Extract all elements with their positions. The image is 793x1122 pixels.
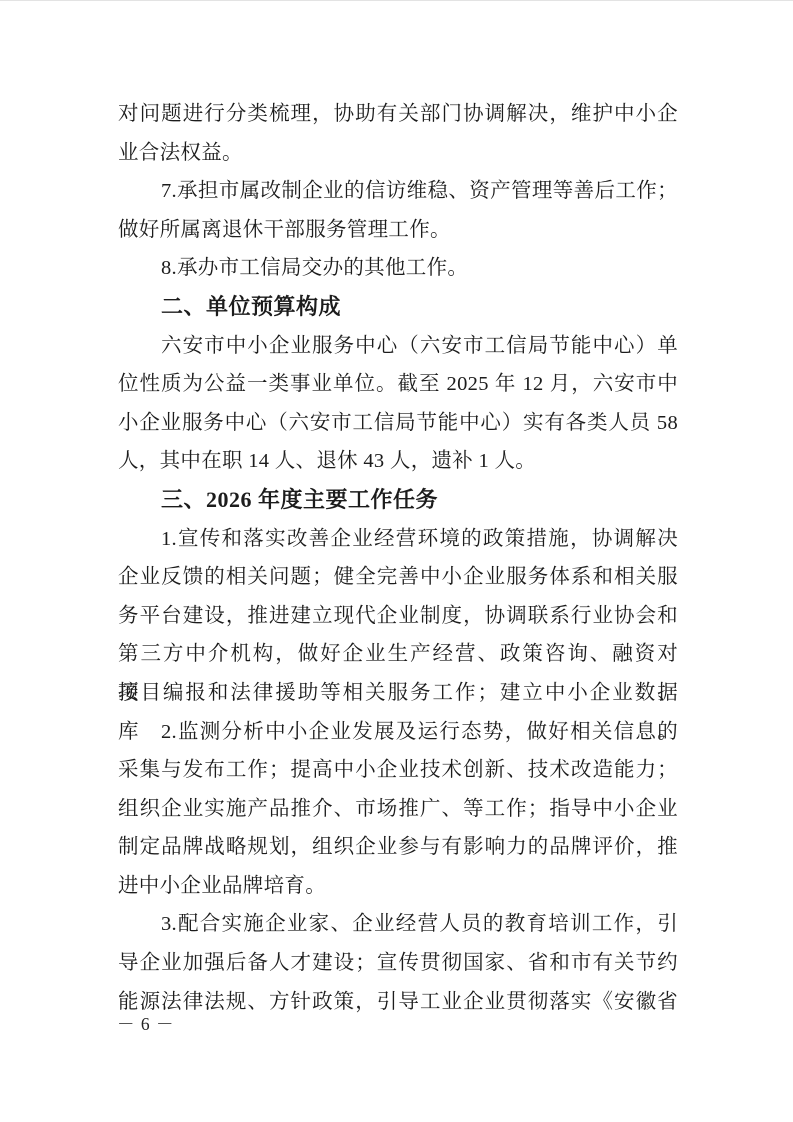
text-line: 业合法权益。 bbox=[118, 134, 678, 173]
text-line: 小企业服务中心（六安市工信局节能中心）实有各类人员 58 bbox=[118, 404, 678, 443]
text-line: 六安市中小企业服务中心（六安市工信局节能中心）单 bbox=[118, 327, 678, 366]
text-line: 8.承办市工信局交办的其他工作。 bbox=[118, 249, 678, 288]
document-page: 对问题进行分类梳理，协助有关部门协调解决，维护中小企业合法权益。7.承担市属改制… bbox=[0, 0, 793, 1122]
text-line: 务平台建设，推进建立现代企业制度，协调联系行业协会和 bbox=[118, 597, 678, 636]
text-line: 组织企业实施产品推介、市场推广、等工作；指导中小企业 bbox=[118, 790, 678, 829]
text-line: 采集与发布工作；提高中小企业技术创新、技术改造能力； bbox=[118, 751, 678, 790]
section-heading: 三、2026 年度主要工作任务 bbox=[118, 481, 678, 520]
text-line: 企业反馈的相关问题；健全完善中小企业服务体系和相关服 bbox=[118, 558, 678, 597]
text-line: 制定品牌战略规划，组织企业参与有影响力的品牌评价，推 bbox=[118, 828, 678, 867]
text-line: 进中小企业品牌培育。 bbox=[118, 867, 678, 906]
text-block: 对问题进行分类梳理，协助有关部门协调解决，维护中小企业合法权益。7.承担市属改制… bbox=[118, 95, 678, 1021]
section-heading: 二、单位预算构成 bbox=[118, 288, 678, 327]
text-line: 能源法律法规、方针政策，引导工业企业贯彻落实《安徽省 bbox=[118, 983, 678, 1022]
text-line: 人，其中在职 14 人、退休 43 人，遗补 1 人。 bbox=[118, 442, 678, 481]
page-number: － 6 － bbox=[117, 1012, 175, 1036]
text-line: 1.宣传和落实改善企业经营环境的政策措施，协调解决 bbox=[118, 520, 678, 559]
text-line: 2.监测分析中小企业发展及运行态势，做好相关信息的 bbox=[118, 713, 678, 752]
text-line: 第三方中介机构，做好企业生产经营、政策咨询、融资对接、 bbox=[118, 635, 678, 674]
text-line: 7.承担市属改制企业的信访维稳、资产管理等善后工作； bbox=[118, 172, 678, 211]
text-line: 3.配合实施企业家、企业经营人员的教育培训工作，引 bbox=[118, 905, 678, 944]
text-line: 项目编报和法律援助等相关服务工作；建立中小企业数据库。 bbox=[118, 674, 678, 713]
text-line: 对问题进行分类梳理，协助有关部门协调解决，维护中小企 bbox=[118, 95, 678, 134]
scan-edge-line bbox=[0, 0, 793, 1]
text-line: 位性质为公益一类事业单位。截至 2025 年 12 月，六安市中 bbox=[118, 365, 678, 404]
text-line: 做好所属离退休干部服务管理工作。 bbox=[118, 211, 678, 250]
text-line: 导企业加强后备人才建设；宣传贯彻国家、省和市有关节约 bbox=[118, 944, 678, 983]
